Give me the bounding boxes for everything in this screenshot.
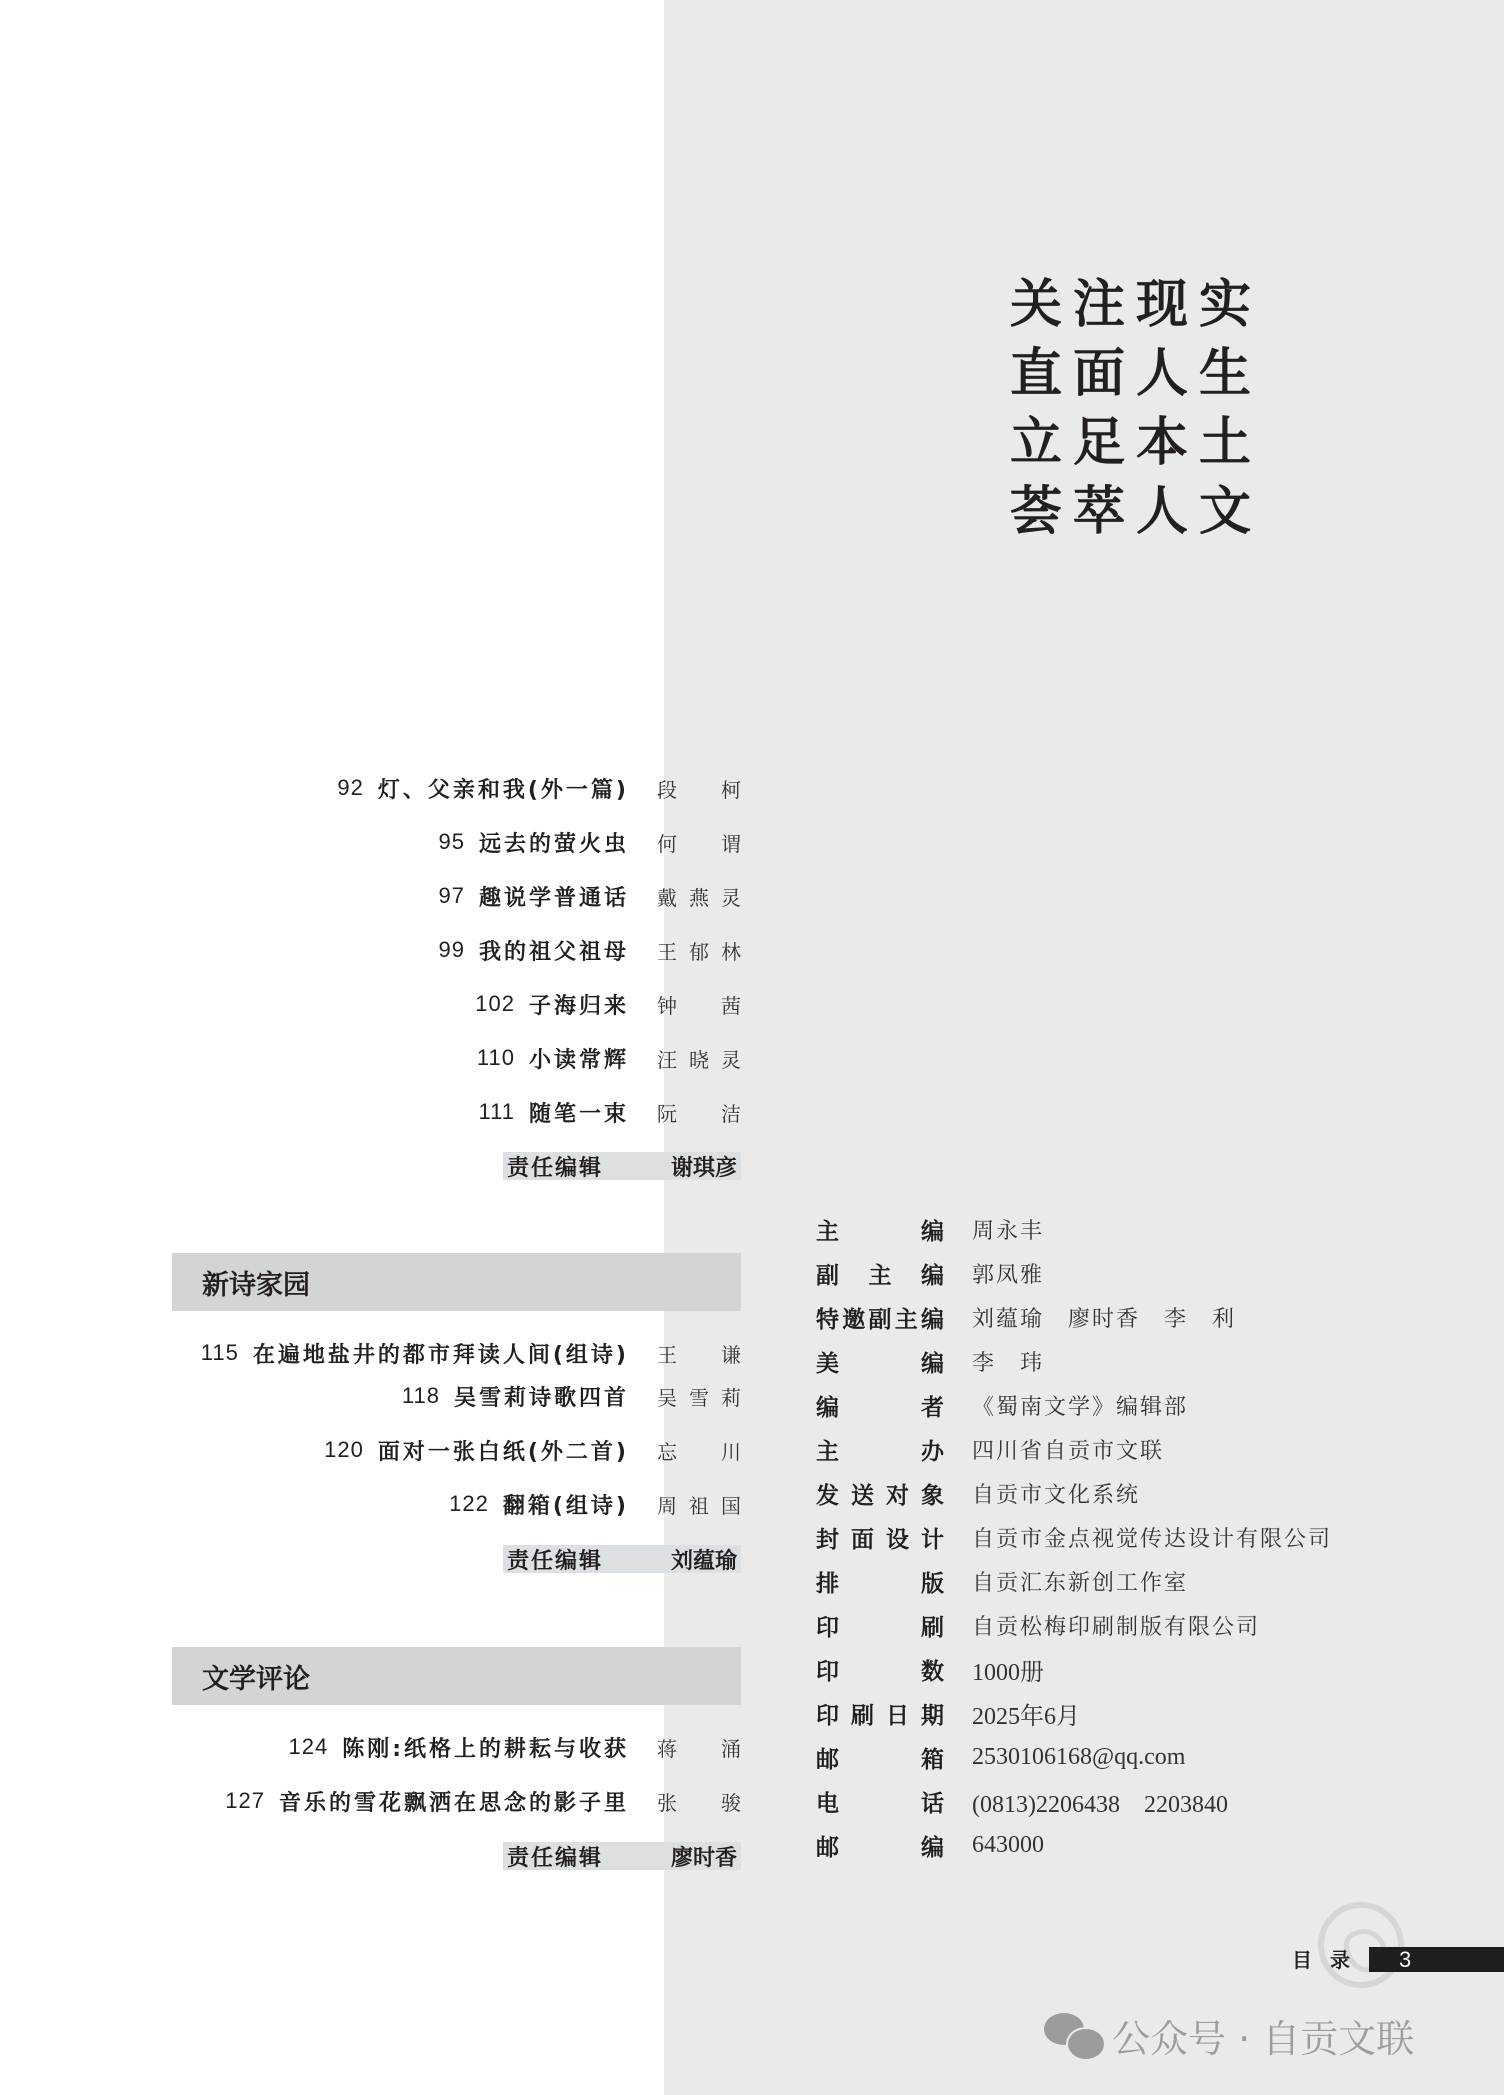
footer-section-label: 目录	[1292, 1944, 1368, 1973]
toc-page-number: 92	[337, 775, 363, 801]
toc-page-number: 102	[475, 991, 515, 1017]
toc-entry[interactable]: 110 小读常辉 汪晓灵	[477, 1041, 741, 1075]
masthead-value: 周永丰	[972, 1214, 1044, 1245]
motto-block: 关注现实 直面人生 立足本土 荟萃人文	[1010, 270, 1262, 546]
masthead-value: 《蜀南文学》编辑部	[972, 1390, 1188, 1421]
wechat-icon	[1044, 2013, 1102, 2059]
masthead-label: 特邀副主编	[816, 1301, 944, 1334]
masthead-value: 1000册	[972, 1652, 1044, 1687]
toc-title: 翻箱(组诗)	[503, 1489, 629, 1520]
toc-entry[interactable]: 95 远去的萤火虫 何谓	[439, 825, 742, 859]
masthead-row: 美编 李 玮	[816, 1339, 1332, 1383]
toc-author: 忘川	[657, 1436, 741, 1465]
toc-entry[interactable]: 99 我的祖父祖母 王郁林	[439, 933, 742, 967]
responsible-editor-bar: 责任编辑 谢琪彦	[503, 1152, 741, 1180]
toc-entry[interactable]: 102 子海归来 钟茜	[475, 987, 741, 1021]
editor-name: 谢琪彦	[671, 1151, 737, 1182]
toc-title: 远去的萤火虫	[479, 827, 629, 858]
toc-author: 戴燕灵	[657, 882, 741, 911]
masthead-row: 印数 1000册	[816, 1647, 1332, 1691]
masthead-value: 刘蕴瑜 廖时香 李 利	[972, 1302, 1236, 1333]
masthead-row: 印刷 自贡松梅印刷制版有限公司	[816, 1603, 1332, 1647]
toc-author: 王郁林	[657, 936, 741, 965]
toc-author: 钟茜	[657, 990, 741, 1019]
masthead-row: 主编 周永丰	[816, 1207, 1332, 1251]
page-number: 3	[1369, 1947, 1504, 1972]
responsible-editor-bar: 责任编辑 刘蕴瑜	[503, 1545, 741, 1573]
toc-entry[interactable]: 120 面对一张白纸(外二首) 忘川	[324, 1433, 741, 1467]
toc-author: 蒋涌	[657, 1733, 741, 1762]
toc-title: 吴雪莉诗歌四首	[454, 1381, 629, 1412]
masthead-value: 自贡市文化系统	[972, 1478, 1140, 1509]
section-header-literary-criticism: 文学评论	[172, 1647, 741, 1705]
masthead-label: 主办	[816, 1433, 944, 1466]
masthead-row: 发送对象 自贡市文化系统	[816, 1471, 1332, 1515]
masthead-label: 发送对象	[816, 1477, 944, 1510]
toc-page-number: 122	[449, 1491, 489, 1517]
motto-line: 荟萃人文	[1010, 477, 1262, 546]
masthead-label: 印刷日期	[816, 1697, 944, 1730]
masthead-row: 主办 四川省自贡市文联	[816, 1427, 1332, 1471]
toc-page-number: 95	[439, 829, 465, 855]
toc-title: 随笔一束	[529, 1097, 629, 1128]
toc-page-number: 124	[288, 1734, 328, 1760]
toc-entry[interactable]: 97 趣说学普通话 戴燕灵	[439, 879, 742, 913]
toc-entry[interactable]: 92 灯、父亲和我(外一篇) 段柯	[337, 771, 741, 805]
masthead: 主编 周永丰 副主编 郭凤雅 特邀副主编 刘蕴瑜 廖时香 李 利 美编 李 玮 …	[816, 1207, 1332, 1867]
section-header-new-poetry: 新诗家园	[172, 1253, 741, 1311]
masthead-phone: (0813)2206438 2203840	[972, 1784, 1228, 1819]
toc-author: 汪晓灵	[657, 1044, 741, 1073]
toc-title: 陈刚:纸格上的耕耘与收获	[342, 1732, 629, 1763]
toc-entry[interactable]: 127 音乐的雪花飘洒在思念的影子里 张骏	[225, 1784, 741, 1818]
motto-line: 直面人生	[1010, 339, 1262, 408]
masthead-label: 电话	[816, 1785, 944, 1818]
masthead-value: 自贡松梅印刷制版有限公司	[972, 1610, 1260, 1641]
toc-entry[interactable]: 115 在遍地盐井的都市拜读人间(组诗) 王谦	[201, 1336, 741, 1370]
masthead-value: 643000	[972, 1832, 1044, 1859]
masthead-value: 2025年6月	[972, 1696, 1080, 1731]
toc-page-number: 120	[324, 1437, 364, 1463]
masthead-label: 主编	[816, 1213, 944, 1246]
toc-entry[interactable]: 124 陈刚:纸格上的耕耘与收获 蒋涌	[288, 1730, 741, 1764]
toc-title: 面对一张白纸(外二首)	[378, 1435, 629, 1466]
editor-name: 刘蕴瑜	[671, 1544, 737, 1575]
masthead-label: 邮箱	[816, 1741, 944, 1774]
masthead-label: 封面设计	[816, 1521, 944, 1554]
wechat-watermark: 公众号 · 自贡文联	[1044, 2008, 1414, 2063]
masthead-row: 排版 自贡汇东新创工作室	[816, 1559, 1332, 1603]
section-title: 新诗家园	[202, 1263, 310, 1302]
toc-page-number: 97	[439, 883, 465, 909]
masthead-row: 副主编 郭凤雅	[816, 1251, 1332, 1295]
toc-author: 张骏	[657, 1787, 741, 1816]
toc-title: 小读常辉	[529, 1043, 629, 1074]
toc-author: 段柯	[657, 774, 741, 803]
toc-page-number: 99	[439, 937, 465, 963]
toc-page-number: 127	[225, 1788, 265, 1814]
masthead-row: 电话 (0813)2206438 2203840	[816, 1779, 1332, 1823]
responsible-editor-bar: 责任编辑 廖时香	[503, 1842, 741, 1870]
toc-entry[interactable]: 118 吴雪莉诗歌四首 吴雪莉	[402, 1379, 741, 1413]
editor-label: 责任编辑	[507, 1841, 603, 1872]
masthead-label: 副主编	[816, 1257, 944, 1290]
masthead-label: 排版	[816, 1565, 944, 1598]
toc-page-number: 110	[477, 1045, 515, 1071]
toc-author: 阮洁	[657, 1098, 741, 1127]
editor-label: 责任编辑	[507, 1151, 603, 1182]
toc-page-number: 115	[201, 1340, 239, 1366]
toc-author: 王谦	[657, 1339, 741, 1368]
masthead-value: 四川省自贡市文联	[972, 1434, 1164, 1465]
editor-name: 廖时香	[671, 1841, 737, 1872]
masthead-row: 封面设计 自贡市金点视觉传达设计有限公司	[816, 1515, 1332, 1559]
toc-title: 趣说学普通话	[479, 881, 629, 912]
toc-entry[interactable]: 122 翻箱(组诗) 周祖国	[449, 1487, 741, 1521]
motto-line: 立足本土	[1010, 408, 1262, 477]
masthead-label: 编者	[816, 1389, 944, 1422]
toc-entry[interactable]: 111 随笔一束 阮洁	[479, 1095, 741, 1129]
masthead-row: 特邀副主编 刘蕴瑜 廖时香 李 利	[816, 1295, 1332, 1339]
toc-page-number: 118	[402, 1383, 440, 1409]
masthead-label: 邮编	[816, 1829, 944, 1862]
masthead-email[interactable]: 2530106168@qq.com	[972, 1744, 1185, 1771]
toc-page-number: 111	[479, 1099, 515, 1125]
masthead-label: 印刷	[816, 1609, 944, 1642]
toc-title: 子海归来	[529, 989, 629, 1020]
masthead-row: 印刷日期 2025年6月	[816, 1691, 1332, 1735]
motto-line: 关注现实	[1010, 270, 1262, 339]
masthead-row: 邮编 643000	[816, 1823, 1332, 1867]
toc-title: 音乐的雪花飘洒在思念的影子里	[279, 1786, 629, 1817]
toc-author: 吴雪莉	[657, 1382, 741, 1411]
masthead-value: 自贡汇东新创工作室	[972, 1566, 1188, 1597]
masthead-row: 邮箱 2530106168@qq.com	[816, 1735, 1332, 1779]
masthead-label: 印数	[816, 1653, 944, 1686]
toc-title: 灯、父亲和我(外一篇)	[378, 773, 629, 804]
masthead-label: 美编	[816, 1345, 944, 1378]
masthead-value: 郭凤雅	[972, 1258, 1044, 1289]
masthead-row: 编者 《蜀南文学》编辑部	[816, 1383, 1332, 1427]
masthead-value: 自贡市金点视觉传达设计有限公司	[972, 1522, 1332, 1553]
watermark-text: 公众号 · 自贡文联	[1112, 2008, 1414, 2063]
toc-title: 我的祖父祖母	[479, 935, 629, 966]
section-title: 文学评论	[202, 1657, 310, 1696]
toc-author: 何谓	[657, 828, 741, 857]
toc-author: 周祖国	[657, 1490, 741, 1519]
editor-label: 责任编辑	[507, 1544, 603, 1575]
masthead-value: 李 玮	[972, 1346, 1044, 1377]
toc-title: 在遍地盐井的都市拜读人间(组诗)	[253, 1338, 629, 1369]
